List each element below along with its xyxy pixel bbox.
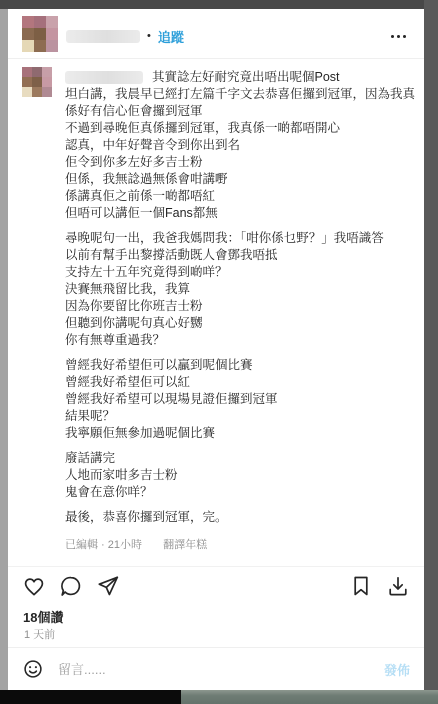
caption-meta: 已編輯 · 21小時 翻譯年糕	[65, 536, 416, 552]
bottom-black-region	[0, 690, 181, 704]
caption-line: 係講真佢之前係一啲都唔紅	[65, 188, 416, 205]
screen-bottom-strip	[0, 690, 438, 704]
separator-dot: •	[147, 30, 151, 43]
username-redacted[interactable]	[65, 71, 143, 84]
bookmark-icon[interactable]	[349, 574, 373, 598]
caption-line: 鬼會在意你咩？	[65, 484, 416, 501]
edited-timestamp: 已編輯 · 21小時	[65, 539, 142, 551]
comment-composer: 發佈	[8, 647, 424, 690]
caption-line: 不過到尋晚佢真係攞到冠軍，我真係一啲都唔開心	[65, 120, 416, 137]
caption-line: 曾經我好希望佢可以贏到呢個比賽	[65, 357, 416, 374]
caption-line: 支持左十五年究竟得到啲咩？	[65, 264, 416, 281]
caption-lines: 坦白講，我晨早已經打左篇千字文去恭喜佢攞到冠軍，因為我真係好有信心佢會攞到冠軍不…	[65, 86, 416, 526]
caption-first-line: 其實諗左好耐究竟出唔出呢個Post	[65, 69, 416, 86]
caption-text: 其實諗左好耐究竟出唔出呢個Post	[152, 70, 340, 84]
caption-line: 我寧願佢無參加過呢個比賽	[65, 425, 416, 442]
more-options-icon[interactable]	[387, 31, 410, 42]
post-header: • 追蹤	[8, 9, 424, 59]
comment-input[interactable]	[58, 662, 384, 677]
caption-line: 尋晚呢句一出，我爸我媽問我：「咁你係乜野？」我唔識答	[65, 230, 416, 247]
caption-line	[65, 501, 416, 509]
follow-button[interactable]: 追蹤	[158, 27, 184, 46]
username-redacted[interactable]	[66, 30, 140, 43]
bottom-background-region	[181, 690, 438, 704]
caption-line: 坦白講，我晨早已經打左篇千字文去恭喜佢攞到冠軍，因為我真	[65, 86, 416, 103]
screen-right-strip	[424, 0, 438, 690]
action-bar	[8, 572, 424, 600]
post-timestamp: 1 天前	[24, 626, 55, 642]
caption-line	[65, 442, 416, 450]
caption-line: 曾經我好希望可以現場見證佢攞到冠軍	[65, 391, 416, 408]
comment-icon[interactable]	[59, 574, 83, 598]
caption-line: 但係，我無諗過無係會咁講嘢	[65, 171, 416, 188]
caption-line: 佢令到你多左好多吉士粉	[65, 154, 416, 171]
like-count[interactable]: 18個讚	[23, 607, 63, 626]
caption-block: 其實諗左好耐究竟出唔出呢個Post 坦白講，我晨早已經打左篇千字文去恭喜佢攞到冠…	[8, 59, 424, 552]
caption-line: 最後，恭喜你攞到冠軍，完。	[65, 509, 416, 526]
caption-line: 人地而家咁多吉士粉	[65, 467, 416, 484]
caption-line	[65, 222, 416, 230]
like-icon[interactable]	[22, 574, 46, 598]
divider	[8, 566, 424, 567]
caption-line: 曾經我好希望佢可以紅	[65, 374, 416, 391]
avatar[interactable]	[22, 16, 58, 52]
caption-line: 認真，中年好聲音令到你出到名	[65, 137, 416, 154]
caption-line: 結果呢？	[65, 408, 416, 425]
emoji-icon[interactable]	[22, 658, 44, 680]
screen-left-strip	[0, 9, 8, 690]
post-comment-button[interactable]: 發佈	[384, 660, 410, 679]
caption-line: 係好有信心佢會攞到冠軍	[65, 103, 416, 120]
caption-line: 決賽無飛留比我，我算	[65, 281, 416, 298]
screen-top-strip	[0, 0, 438, 9]
caption-line: 但聽到你講呢句真心好嬲	[65, 315, 416, 332]
caption-line: 廢話講完	[65, 450, 416, 467]
caption-line: 你有無尊重過我？	[65, 332, 416, 349]
share-icon[interactable]	[96, 574, 120, 598]
caption-line	[65, 349, 416, 357]
download-icon[interactable]	[386, 574, 410, 598]
caption-line: 以前有幫手出黎撐活動既人會鄧我唔抵	[65, 247, 416, 264]
post-card: • 追蹤 其實諗左好耐究竟出唔出呢個Post 坦白講，我晨早已經打左篇千字文去恭…	[8, 9, 424, 690]
caption-line: 但唔可以講佢一個Fans都無	[65, 205, 416, 222]
translate-button[interactable]: 翻譯年糕	[163, 539, 207, 551]
avatar[interactable]	[22, 67, 52, 97]
caption-line: 因為你要留比你班吉士粉	[65, 298, 416, 315]
